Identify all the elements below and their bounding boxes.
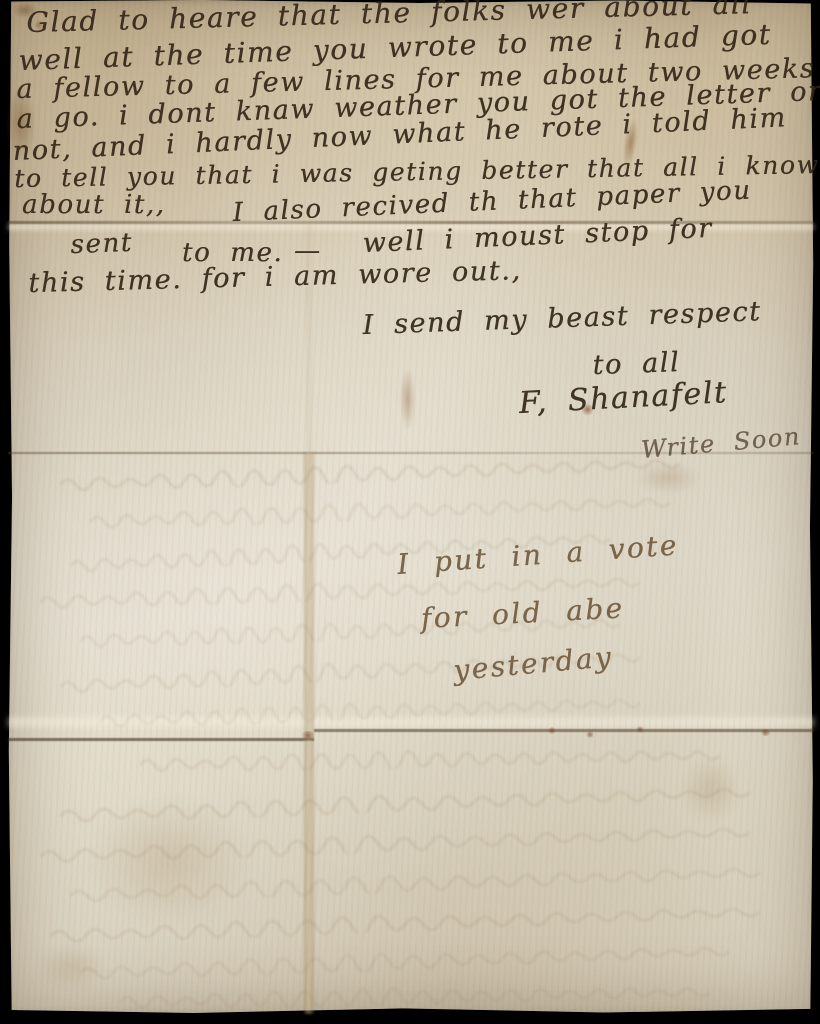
- handwriting-word-sent: sent: [70, 228, 133, 260]
- ink-spot: [548, 727, 556, 734]
- ink-spot: [300, 731, 316, 740]
- handwriting-line: to all: [592, 347, 681, 381]
- ink-spot: [586, 731, 594, 738]
- ink-spot: [636, 726, 644, 733]
- letter-scan: Glad to heare that the folks wer about a…: [0, 0, 820, 1024]
- ink-spot: [760, 729, 771, 736]
- handwriting-line: about it,,: [22, 190, 166, 220]
